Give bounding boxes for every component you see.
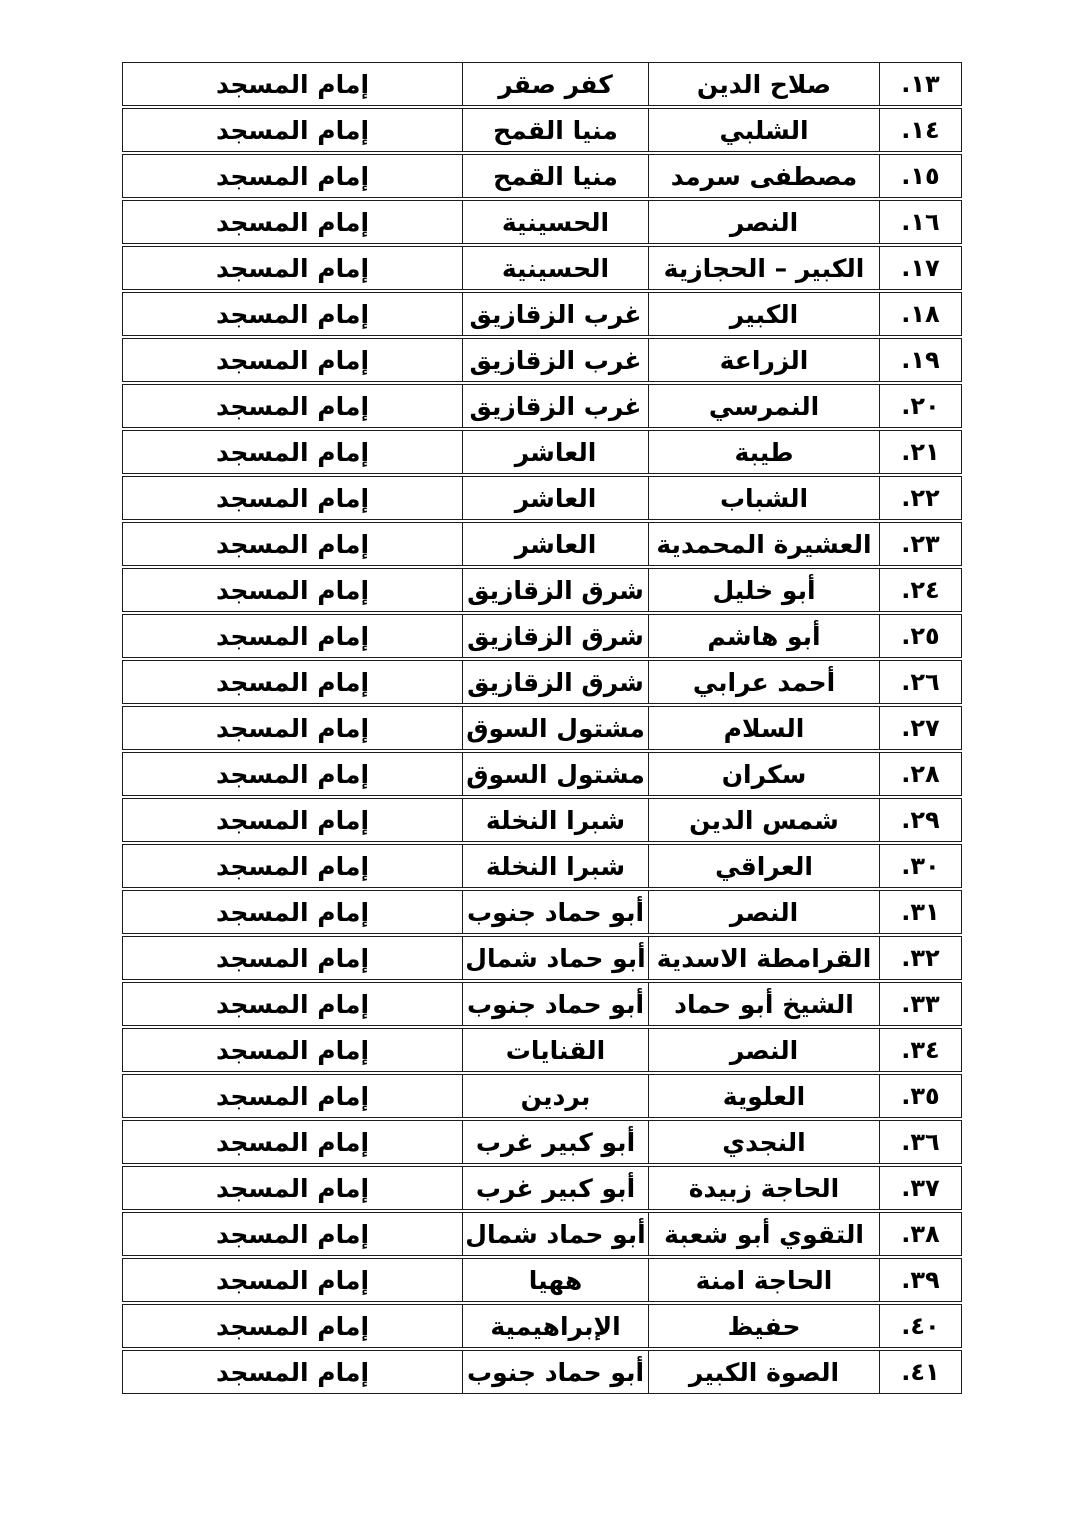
imam-role-cell: إمام المسجد	[122, 706, 462, 750]
mosque-name-cell: العلوية	[648, 1074, 879, 1118]
district-cell: القنايات	[462, 1028, 648, 1072]
imam-role-cell: إمام المسجد	[122, 614, 462, 658]
table-row: ٣٩.الحاجة امنةههياإمام المسجد	[122, 1258, 962, 1302]
imam-role-cell: إمام المسجد	[122, 844, 462, 888]
imam-role-cell: إمام المسجد	[122, 1304, 462, 1348]
district-cell: غرب الزقازيق	[462, 292, 648, 336]
district-cell: أبو حماد جنوب	[462, 982, 648, 1026]
imam-role-cell: إمام المسجد	[122, 1166, 462, 1210]
table-row: ١٩.الزراعةغرب الزقازيقإمام المسجد	[122, 338, 962, 382]
row-number-cell: ٣٧.	[879, 1166, 962, 1210]
mosque-name-cell: النجدي	[648, 1120, 879, 1164]
mosque-name-cell: الكبير	[648, 292, 879, 336]
table-row: ٣٢.القرامطة الاسديةأبو حماد شمالإمام الم…	[122, 936, 962, 980]
row-number-cell: ٣٣.	[879, 982, 962, 1026]
row-number-cell: ٢٥.	[879, 614, 962, 658]
mosque-name-cell: حفيظ	[648, 1304, 879, 1348]
imam-role-cell: إمام المسجد	[122, 62, 462, 106]
table-row: ٣٠.العراقيشبرا النخلةإمام المسجد	[122, 844, 962, 888]
table-row: ١٧.الكبير – الحجازيةالحسينيةإمام المسجد	[122, 246, 962, 290]
table-row: ٢٠.النمرسيغرب الزقازيقإمام المسجد	[122, 384, 962, 428]
mosque-name-cell: طيبة	[648, 430, 879, 474]
mosque-name-cell: مصطفى سرمد	[648, 154, 879, 198]
mosque-name-cell: الحاجة زبيدة	[648, 1166, 879, 1210]
imam-role-cell: إمام المسجد	[122, 1350, 462, 1394]
district-cell: شرق الزقازيق	[462, 660, 648, 704]
district-cell: العاشر	[462, 476, 648, 520]
district-cell: بردين	[462, 1074, 648, 1118]
row-number-cell: ٤١.	[879, 1350, 962, 1394]
table-row: ٣٨.التقوي أبو شعبةأبو حماد شمالإمام المس…	[122, 1212, 962, 1256]
imam-role-cell: إمام المسجد	[122, 200, 462, 244]
mosque-name-cell: شمس الدين	[648, 798, 879, 842]
mosque-name-cell: الشيخ أبو حماد	[648, 982, 879, 1026]
imam-role-cell: إمام المسجد	[122, 476, 462, 520]
district-cell: مشتول السوق	[462, 752, 648, 796]
table-row: ١٣.صلاح الدينكفر صقرإمام المسجد	[122, 62, 962, 106]
row-number-cell: ٢١.	[879, 430, 962, 474]
row-number-cell: ٣٢.	[879, 936, 962, 980]
district-cell: الحسينية	[462, 200, 648, 244]
imam-role-cell: إمام المسجد	[122, 1074, 462, 1118]
district-cell: أبو حماد شمال	[462, 1212, 648, 1256]
row-number-cell: ٢٧.	[879, 706, 962, 750]
imam-role-cell: إمام المسجد	[122, 982, 462, 1026]
mosque-name-cell: التقوي أبو شعبة	[648, 1212, 879, 1256]
imam-role-cell: إمام المسجد	[122, 798, 462, 842]
document-page: ١٣.صلاح الدينكفر صقرإمام المسجد١٤.الشلبي…	[0, 0, 1080, 1527]
imam-role-cell: إمام المسجد	[122, 430, 462, 474]
imam-role-cell: إمام المسجد	[122, 752, 462, 796]
district-cell: أبو كبير غرب	[462, 1166, 648, 1210]
table-row: ٣١.النصرأبو حماد جنوبإمام المسجد	[122, 890, 962, 934]
mosque-name-cell: العراقي	[648, 844, 879, 888]
table-row: ٢٨.سكرانمشتول السوقإمام المسجد	[122, 752, 962, 796]
row-number-cell: ٢٤.	[879, 568, 962, 612]
row-number-cell: ٣٨.	[879, 1212, 962, 1256]
district-cell: الإبراهيمية	[462, 1304, 648, 1348]
mosque-name-cell: النصر	[648, 890, 879, 934]
imam-role-cell: إمام المسجد	[122, 1258, 462, 1302]
row-number-cell: ٤٠.	[879, 1304, 962, 1348]
table-row: ٣٥.العلويةبردينإمام المسجد	[122, 1074, 962, 1118]
row-number-cell: ٢٣.	[879, 522, 962, 566]
imam-role-cell: إمام المسجد	[122, 384, 462, 428]
row-number-cell: ٣٤.	[879, 1028, 962, 1072]
mosque-name-cell: الحاجة امنة	[648, 1258, 879, 1302]
district-cell: العاشر	[462, 430, 648, 474]
imam-role-cell: إمام المسجد	[122, 338, 462, 382]
mosque-name-cell: العشيرة المحمدية	[648, 522, 879, 566]
mosque-name-cell: أحمد عرابي	[648, 660, 879, 704]
row-number-cell: ٣٩.	[879, 1258, 962, 1302]
table-row: ٢٤.أبو خليلشرق الزقازيقإمام المسجد	[122, 568, 962, 612]
row-number-cell: ٢٢.	[879, 476, 962, 520]
table-row: ٣٧.الحاجة زبيدةأبو كبير غربإمام المسجد	[122, 1166, 962, 1210]
district-cell: شبرا النخلة	[462, 844, 648, 888]
mosque-name-cell: الشلبي	[648, 108, 879, 152]
table-row: ٢٦.أحمد عرابيشرق الزقازيقإمام المسجد	[122, 660, 962, 704]
table-row: ٤٠.حفيظالإبراهيميةإمام المسجد	[122, 1304, 962, 1348]
mosque-name-cell: سكران	[648, 752, 879, 796]
imams-table: ١٣.صلاح الدينكفر صقرإمام المسجد١٤.الشلبي…	[122, 60, 962, 1396]
district-cell: مشتول السوق	[462, 706, 648, 750]
row-number-cell: ٢٦.	[879, 660, 962, 704]
mosque-name-cell: النصر	[648, 200, 879, 244]
district-cell: أبو حماد جنوب	[462, 890, 648, 934]
table-row: ٢٧.السلاممشتول السوقإمام المسجد	[122, 706, 962, 750]
district-cell: شبرا النخلة	[462, 798, 648, 842]
table-row: ٣٣.الشيخ أبو حمادأبو حماد جنوبإمام المسج…	[122, 982, 962, 1026]
table-row: ٣٤.النصرالقناياتإمام المسجد	[122, 1028, 962, 1072]
imam-role-cell: إمام المسجد	[122, 108, 462, 152]
imam-role-cell: إمام المسجد	[122, 890, 462, 934]
table-row: ١٨.الكبيرغرب الزقازيقإمام المسجد	[122, 292, 962, 336]
district-cell: شرق الزقازيق	[462, 568, 648, 612]
district-cell: منيا القمح	[462, 154, 648, 198]
imam-role-cell: إمام المسجد	[122, 1212, 462, 1256]
district-cell: شرق الزقازيق	[462, 614, 648, 658]
row-number-cell: ١٤.	[879, 108, 962, 152]
mosque-name-cell: النمرسي	[648, 384, 879, 428]
table-row: ٢٢.الشبابالعاشرإمام المسجد	[122, 476, 962, 520]
district-cell: الحسينية	[462, 246, 648, 290]
mosque-name-cell: صلاح الدين	[648, 62, 879, 106]
imam-role-cell: إمام المسجد	[122, 522, 462, 566]
table-row: ١٥.مصطفى سرمدمنيا القمحإمام المسجد	[122, 154, 962, 198]
district-cell: أبو حماد جنوب	[462, 1350, 648, 1394]
table-row: ٢٩.شمس الدينشبرا النخلةإمام المسجد	[122, 798, 962, 842]
imam-role-cell: إمام المسجد	[122, 246, 462, 290]
mosque-name-cell: الصوة الكبير	[648, 1350, 879, 1394]
table-row: ٢٥.أبو هاشمشرق الزقازيقإمام المسجد	[122, 614, 962, 658]
row-number-cell: ١٩.	[879, 338, 962, 382]
row-number-cell: ٢٨.	[879, 752, 962, 796]
row-number-cell: ١٨.	[879, 292, 962, 336]
district-cell: أبو حماد شمال	[462, 936, 648, 980]
district-cell: كفر صقر	[462, 62, 648, 106]
row-number-cell: ١٥.	[879, 154, 962, 198]
mosque-name-cell: النصر	[648, 1028, 879, 1072]
district-cell: ههيا	[462, 1258, 648, 1302]
imam-role-cell: إمام المسجد	[122, 936, 462, 980]
row-number-cell: ٣٠.	[879, 844, 962, 888]
row-number-cell: ٢٩.	[879, 798, 962, 842]
district-cell: منيا القمح	[462, 108, 648, 152]
row-number-cell: ١٦.	[879, 200, 962, 244]
mosque-name-cell: السلام	[648, 706, 879, 750]
mosque-name-cell: القرامطة الاسدية	[648, 936, 879, 980]
row-number-cell: ٣٥.	[879, 1074, 962, 1118]
mosque-name-cell: الشباب	[648, 476, 879, 520]
table-row: ١٦.النصرالحسينيةإمام المسجد	[122, 200, 962, 244]
imam-role-cell: إمام المسجد	[122, 1120, 462, 1164]
row-number-cell: ٣٦.	[879, 1120, 962, 1164]
table-row: ٣٦.النجديأبو كبير غربإمام المسجد	[122, 1120, 962, 1164]
imam-role-cell: إمام المسجد	[122, 660, 462, 704]
table-row: ٢٣.العشيرة المحمديةالعاشرإمام المسجد	[122, 522, 962, 566]
mosque-name-cell: الكبير – الحجازية	[648, 246, 879, 290]
table-row: ٢١.طيبةالعاشرإمام المسجد	[122, 430, 962, 474]
row-number-cell: ٢٠.	[879, 384, 962, 428]
imam-role-cell: إمام المسجد	[122, 292, 462, 336]
imam-role-cell: إمام المسجد	[122, 568, 462, 612]
table-row: ٤١.الصوة الكبيرأبو حماد جنوبإمام المسجد	[122, 1350, 962, 1394]
district-cell: غرب الزقازيق	[462, 384, 648, 428]
district-cell: العاشر	[462, 522, 648, 566]
mosque-name-cell: أبو خليل	[648, 568, 879, 612]
district-cell: غرب الزقازيق	[462, 338, 648, 382]
district-cell: أبو كبير غرب	[462, 1120, 648, 1164]
imam-role-cell: إمام المسجد	[122, 1028, 462, 1072]
row-number-cell: ١٧.	[879, 246, 962, 290]
mosque-name-cell: الزراعة	[648, 338, 879, 382]
mosque-name-cell: أبو هاشم	[648, 614, 879, 658]
row-number-cell: ٣١.	[879, 890, 962, 934]
imam-role-cell: إمام المسجد	[122, 154, 462, 198]
table-row: ١٤.الشلبيمنيا القمحإمام المسجد	[122, 108, 962, 152]
row-number-cell: ١٣.	[879, 62, 962, 106]
